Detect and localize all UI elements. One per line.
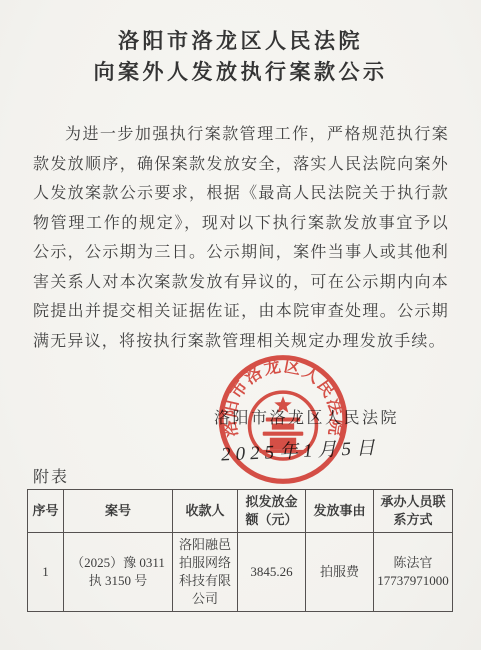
table-header-handler-contact: 承办人员联系方式 (374, 490, 453, 533)
cell-serial-no: 1 (28, 532, 64, 611)
cell-handler-contact: 陈法官 17737971000 (374, 532, 453, 611)
court-notice-document: 洛阳市洛龙区人民法院 向案外人发放执行案款公示 为进一步加强执行案款管理工作，严… (0, 0, 481, 650)
table-header-row: 序号 案号 收款人 拟发放金额（元） 发放事由 承办人员联系方式 (28, 490, 453, 533)
table-header-payee: 收款人 (173, 490, 238, 533)
table-header-serial-no: 序号 (28, 490, 64, 533)
signature-date-handwritten: 2025年1月5日 (220, 433, 380, 467)
attached-table-caption: 附表 (33, 464, 69, 487)
notice-body-paragraph: 为进一步加强执行案款管理工作，严格规范执行案款发放顺序，确保案款发放安全，落实人… (33, 120, 449, 356)
table-header-reason: 发放事由 (306, 490, 374, 533)
cell-payee: 洛阳融邑拍服网络科技有限公司 (173, 532, 238, 611)
document-title-line2: 向案外人发放执行案款公示 (0, 56, 481, 86)
table-header-case-no: 案号 (64, 490, 173, 533)
table-row: 1 （2025）豫 0311 执 3150 号 洛阳融邑拍服网络科技有限公司 3… (28, 532, 453, 611)
handler-phone: 17737971000 (376, 572, 450, 590)
handler-name: 陈法官 (376, 554, 450, 572)
payout-table: 序号 案号 收款人 拟发放金额（元） 发放事由 承办人员联系方式 1 （2025… (27, 489, 453, 612)
table-header-amount: 拟发放金额（元） (238, 490, 306, 533)
cell-case-no: （2025）豫 0311 执 3150 号 (64, 532, 173, 611)
signature-court-name: 洛阳市洛龙区人民法院 (214, 405, 399, 428)
cell-reason: 拍服费 (306, 532, 374, 611)
cell-amount: 3845.26 (238, 532, 306, 611)
document-title-line1: 洛阳市洛龙区人民法院 (0, 25, 481, 55)
